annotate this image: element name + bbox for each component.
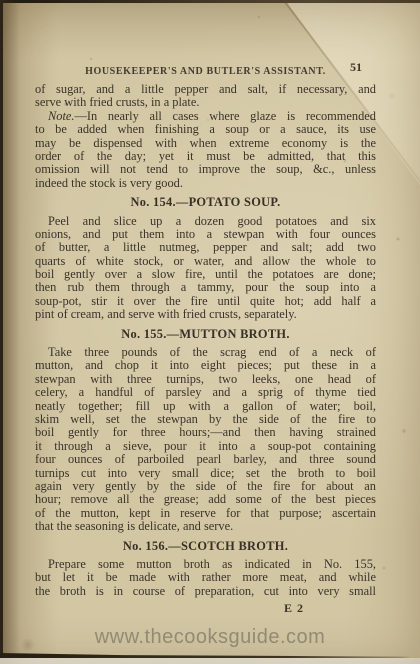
text-line: mutton, and chop it into eight pieces; p…	[35, 359, 376, 372]
text-line: it through a sieve, pour it into a soup-…	[35, 440, 376, 453]
text-line: boil gently for three hours;—and then ha…	[35, 426, 376, 439]
text-line: onions, and put them into a stewpan with…	[35, 228, 376, 241]
text-line: of sugar, and a little pepper and salt, …	[35, 83, 376, 96]
page-content: HOUSEKEEPER'S AND BUTLER'S ASSISTANT. 51…	[35, 61, 376, 615]
note-label: Note.	[48, 109, 75, 123]
text-line: indeed the stock is very good.	[35, 177, 376, 190]
text-line: turnips cut into very small dice; set th…	[35, 467, 376, 480]
text-line: serve with fried crusts, in a plate.	[35, 96, 376, 109]
recipe-heading-154: No. 154.—POTATO SOUP.	[35, 196, 376, 209]
text-line: quarts of white stock, or water, and all…	[35, 255, 376, 268]
text-line: celery, a handful of parsley and a sprig…	[35, 386, 376, 399]
text-line: omission will not tend to improve the so…	[35, 163, 376, 176]
text-line: of the mutton, kept in reserve for that …	[35, 507, 376, 520]
text-line: order of the day; yet it must be admitte…	[35, 150, 376, 163]
text-line: Take three pounds of the scrag end of a …	[35, 346, 376, 359]
scanned-book-page: HOUSEKEEPER'S AND BUTLER'S ASSISTANT. 51…	[0, 0, 420, 664]
running-header: HOUSEKEEPER'S AND BUTLER'S ASSISTANT. 51	[35, 61, 376, 75]
text-line: but let it be made with rather more meat…	[35, 571, 376, 584]
text-line: may be dispensed with when extreme econo…	[35, 137, 376, 150]
note-text: —In nearly all cases where glaze is reco…	[75, 109, 377, 123]
page-number: 51	[350, 60, 362, 75]
text-line: neatly together; fill up with a gallon o…	[35, 400, 376, 413]
text-line: of butter, a little nutmeg, pepper and s…	[35, 241, 376, 254]
text-line: stewpan with three turnips, two leeks, o…	[35, 373, 376, 386]
text-line: again very gently by the side of the fir…	[35, 480, 376, 493]
text-line: then rub them through a tammy, pour the …	[35, 281, 376, 294]
text-line: skim well, set the stewpan by the side o…	[35, 413, 376, 426]
scan-edge-left	[0, 0, 3, 664]
recipe-heading-156: No. 156.—SCOTCH BROTH.	[35, 540, 376, 553]
header-title: HOUSEKEEPER'S AND BUTLER'S ASSISTANT.	[85, 66, 326, 77]
text-line: hour; remove all the grease; add some of…	[35, 493, 376, 506]
note-first-line: Note.—In nearly all cases where glaze is…	[35, 110, 376, 123]
text-line: Peel and slice up a dozen good potatoes …	[35, 215, 376, 228]
recipe-heading-155: No. 155.—MUTTON BROTH.	[35, 328, 376, 341]
text-line: pint of cream, and serve with fried crus…	[35, 308, 376, 321]
text-line: boil gently over a slow fire, until the …	[35, 268, 376, 281]
scan-edge-top	[0, 0, 420, 3]
text-line: soup-pot, stir it over the fire until qu…	[35, 295, 376, 308]
text-line: the broth is in course of preparation, c…	[35, 585, 376, 598]
watermark: www.thecooksguide.com	[0, 626, 420, 649]
text-line: four ounces of parboiled pearl barley, a…	[35, 453, 376, 466]
signature-mark: E 2	[35, 601, 376, 615]
text-line: to be added when finishing a soup or a s…	[35, 123, 376, 136]
scan-edge-bottom-strip	[0, 658, 420, 664]
gutter-shadow	[3, 0, 20, 664]
text-line: that the seasoning is delicate, and serv…	[35, 520, 376, 533]
text-line: Prepare some mutton broth as indicated i…	[35, 558, 376, 571]
